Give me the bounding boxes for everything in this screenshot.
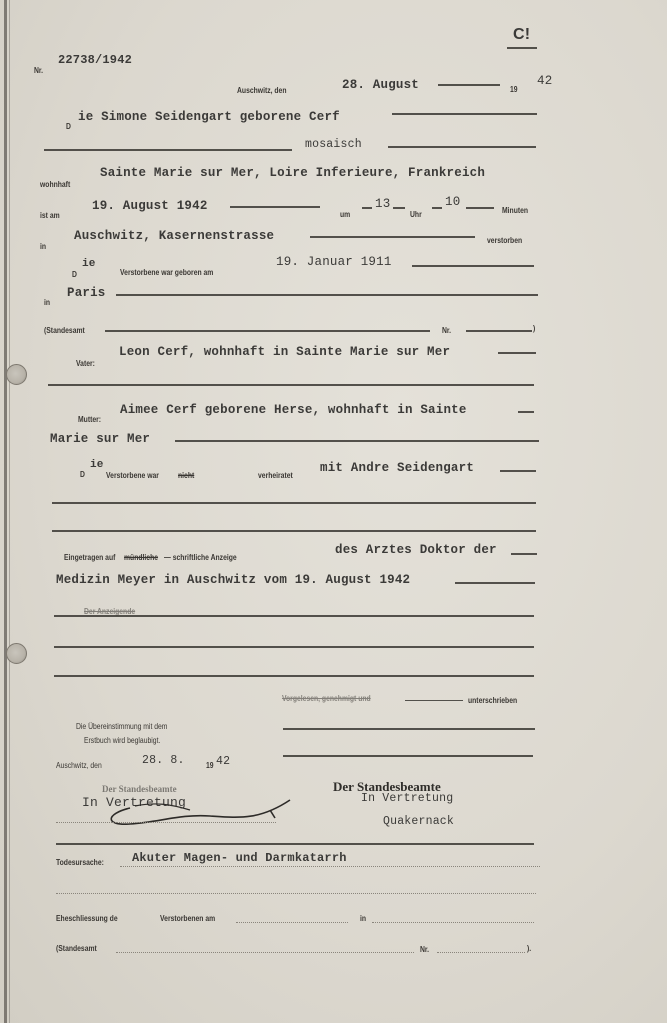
rule-dotted [116,952,414,953]
religion: mosaisch [305,138,362,151]
birth-place: Paris [67,286,106,300]
cert-year-prefix: 19 [206,761,214,770]
rule [392,113,537,115]
rule [500,470,536,472]
name-prefix: D [66,122,71,131]
rule-dotted [120,866,540,867]
rule [405,700,463,701]
rule-dotted [56,893,536,894]
rule [310,236,475,238]
marriage-registry-nr-label: Nr. [420,945,429,954]
father-label: Vater: [76,359,95,368]
marital-prefix-fill: ie [90,459,104,471]
entered-label: Eingetragen auf [64,553,115,562]
time-label: um [340,210,350,219]
mother-line-2: Marie sur Mer [50,432,150,446]
rule [175,440,539,442]
corner-underline [507,47,537,49]
year-prefix: 19 [510,85,518,94]
death-in-label: in [40,242,46,251]
stamp-right-sub: In Vertretung [361,792,453,805]
certification-line-1: Die Übereinstimmung mit dem [76,722,167,731]
punch-hole [6,643,27,664]
birth-in-label: in [44,298,50,307]
written-label: — schriftliche Anzeige [164,553,237,562]
rule [283,728,535,730]
binding-edge [4,0,7,1023]
document-page: C! Nr. 22738/1942 Auschwitz, den 28. Aug… [0,0,667,1023]
rule [455,582,535,584]
read-approved-struck: Vorgelesen, genehmigt und [282,694,371,703]
place-date-label: Auschwitz, den [237,86,286,95]
born-label: Verstorbene war geboren am [120,268,213,277]
rule [283,755,533,757]
record-date: 28. August [342,78,419,92]
marriage-in-label: in [360,914,366,923]
record-number-label: Nr. [34,66,43,75]
marriage-registry-close: ). [527,944,531,953]
mother-line-1: Aimee Cerf geborene Herse, wohnhaft in S… [120,403,467,417]
rule [412,265,534,267]
death-date: 19. August 1942 [92,199,208,213]
rule-dotted [56,822,276,823]
residence: Sainte Marie sur Mer, Loire Inferieure, … [100,166,485,180]
marital-prefix: D [80,470,85,479]
cause-value: Akuter Magen- und Darmkatarrh [132,851,347,865]
rule-dotted [372,922,534,923]
rule [511,553,537,555]
rule [362,207,372,209]
entered-struck: mündliche [124,553,158,562]
signed-label: unterschrieben [468,696,517,705]
birth-registry-label: (Standesamt [44,326,85,335]
rule-dotted [437,952,525,953]
rule [105,330,430,332]
binding-edge-inner [9,0,10,1023]
punch-hole [6,364,27,385]
rule [54,615,534,617]
official-name: Quakernack [383,815,454,828]
cert-date: 28. 8. [142,754,185,767]
death-place: Auschwitz, Kasernenstrasse [74,229,274,243]
rule [230,206,320,208]
rule [432,207,442,209]
rule-dotted [236,922,348,923]
stamp-left-title: Der Standesbeamte [102,784,177,794]
birth-registry-close: ) [533,324,535,333]
rule [518,411,534,413]
died-on-label: ist am [40,211,60,220]
birth-prefix-fill: ie [82,258,96,270]
death-minute: 10 [445,195,460,209]
minute-label: Minuten [502,206,528,215]
informant-line-1: des Arztes Doktor der [335,543,497,557]
rule [466,330,532,332]
marriage-record-label-b: Verstorbenen am [160,914,215,923]
rule [438,84,500,86]
deceased-name: ie Simone Seidengart geborene Cerf [78,110,340,124]
rule [48,384,534,386]
marriage-registry-label: (Standesamt [56,944,97,953]
residence-label: wohnhaft [40,180,70,189]
cert-place-label: Auschwitz, den [56,761,102,770]
rule [498,352,536,354]
mother-label: Mutter: [78,415,101,424]
signature [100,796,300,830]
rule [466,207,494,209]
year-suffix: 42 [537,74,552,88]
marital-label-a: Verstorbene war [106,471,159,480]
cause-label: Todesursache: [56,858,104,867]
hour-label: Uhr [410,210,422,219]
birth-registry-nr-label: Nr. [442,326,451,335]
rule [52,502,536,504]
marital-label-b: verheiratet [258,471,293,480]
rule [52,530,536,532]
rule [116,294,538,296]
corner-mark: C! [513,26,530,44]
rule [393,207,405,209]
rule [388,146,536,148]
spouse: mit Andre Seidengart [320,461,474,475]
birth-prefix: D [72,270,77,279]
informant-line-2: Medizin Meyer in Auschwitz vom 19. Augus… [56,573,410,587]
certification-line-2: Erstbuch wird beglaubigt. [84,736,160,745]
rule [56,843,534,845]
died-label: verstorben [487,236,522,245]
rule [54,646,534,648]
record-number: 22738/1942 [58,53,132,67]
marital-label-struck: nicht [178,471,194,480]
rule [54,675,534,677]
birth-date: 19. Januar 1911 [276,255,392,269]
cert-year-suffix: 42 [216,755,230,768]
father: Leon Cerf, wohnhaft in Sainte Marie sur … [119,345,450,359]
death-hour: 13 [375,197,390,211]
marriage-record-label: Eheschliessung de [56,914,118,923]
rule [44,149,292,151]
